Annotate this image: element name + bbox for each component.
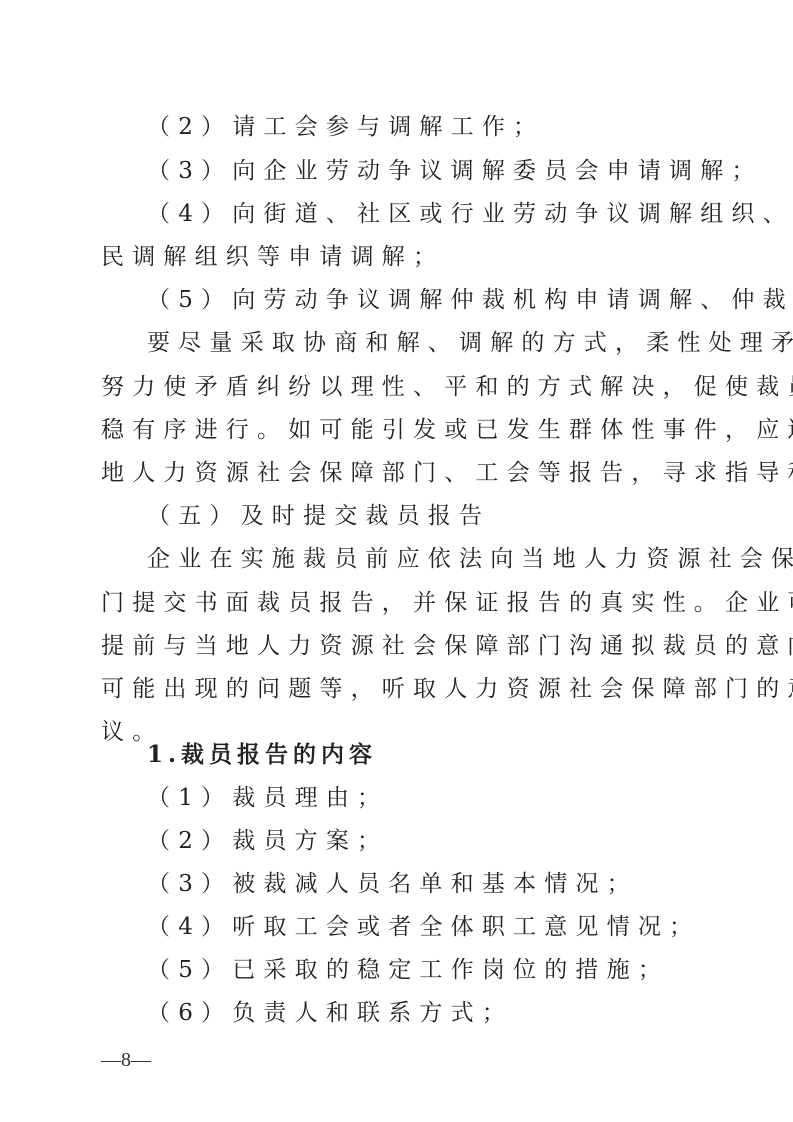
list-item: （6）负责人和联系方式；: [147, 998, 513, 1028]
list-item: （2）请工会参与调解工作；: [147, 112, 544, 142]
list-item: （4）听取工会或者全体职工意见情况；: [147, 912, 700, 942]
page-number: —8—: [101, 1049, 151, 1072]
subsection-heading: 1.裁员报告的内容: [147, 740, 377, 770]
list-item: （3）向企业劳动争议调解委员会申请调解；: [147, 156, 763, 186]
paragraph-line: 企业在实施裁员前应依法向当地人力资源社会保障部: [147, 544, 793, 574]
document-page: （2）请工会参与调解工作； （3）向企业劳动争议调解委员会申请调解； （4）向街…: [0, 0, 793, 1122]
list-item: （3）被裁减人员名单和基本情况；: [147, 869, 638, 899]
paragraph-line: 努力使矛盾纠纷以理性、平和的方式解决，促使裁员工作平: [101, 372, 793, 402]
list-item: （5）向劳动争议调解仲裁机构申请调解、仲裁等。: [147, 285, 793, 315]
paragraph-line: 地人力资源社会保障部门、工会等报告，寻求指导和帮助。: [101, 458, 793, 488]
paragraph-line: 门提交书面裁员报告，并保证报告的真实性。企业可视情况: [101, 588, 793, 618]
list-item: （1）裁员理由；: [147, 783, 388, 813]
list-item: （4）向街道、社区或行业劳动争议调解组织、基层人: [147, 199, 793, 229]
list-item: （2）裁员方案；: [147, 826, 388, 856]
paragraph-line: 稳有序进行。如可能引发或已发生群体性事件，应迅速向当: [101, 415, 793, 445]
section-heading: （五）及时提交裁员报告: [147, 501, 490, 531]
paragraph-line: 要尽量采取协商和解、调解的方式，柔性处理矛盾纠纷，: [147, 328, 793, 358]
list-item: （5）已采取的稳定工作岗位的措施；: [147, 955, 669, 985]
paragraph-line: 可能出现的问题等，听取人力资源社会保障部门的意见和建: [101, 674, 793, 704]
paragraph-line: 提前与当地人力资源社会保障部门沟通拟裁员的意向、裁员: [101, 631, 793, 661]
list-item-continuation: 民调解组织等申请调解；: [101, 242, 444, 272]
